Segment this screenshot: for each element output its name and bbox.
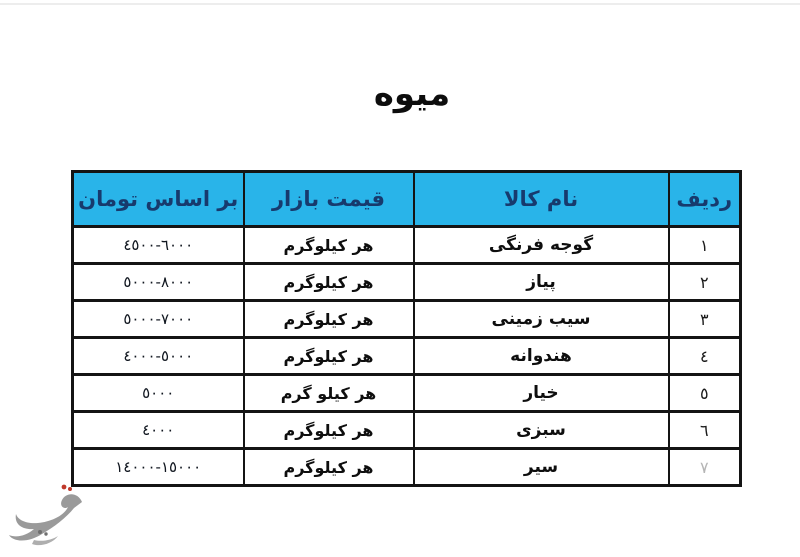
product-name-cell: خیار	[414, 375, 669, 412]
product-name-cell: سیر	[414, 449, 669, 486]
price-range-cell: ٥٠٠٠	[73, 375, 244, 412]
col-header-radif: ردیف	[669, 172, 741, 227]
product-name-cell: پیاز	[414, 264, 669, 301]
price-value: ٤٠٠٠-٥٠٠٠	[123, 347, 193, 365]
price-range-cell: ٤٥٠٠-٦٠٠٠	[73, 227, 244, 264]
fruit-price-table: ردیف نام کالا قیمت بازار بر اساس تومان ١…	[71, 170, 742, 487]
table-row: ٧سیرهر کیلوگرم١٤٠٠٠-١٥٠٠٠	[73, 449, 741, 486]
product-name-cell: سیب زمینی	[414, 301, 669, 338]
price-value: ٤٠٠٠	[142, 421, 174, 439]
col-header-product-name: نام کالا	[414, 172, 669, 227]
table-row: ٣سیب زمینیهر کیلوگرم٥٠٠٠-٧٠٠٠	[73, 301, 741, 338]
row-number-cell: ٥	[669, 375, 741, 412]
table-row: ٢پیازهر کیلوگرم٥٠٠٠-٨٠٠٠	[73, 264, 741, 301]
price-range-cell: ٤٠٠٠	[73, 412, 244, 449]
price-range-cell: ٤٠٠٠-٥٠٠٠	[73, 338, 244, 375]
unit-cell: هر کیلوگرم	[244, 227, 414, 264]
table-body: ١گوجه فرنگیهر کیلوگرم٤٥٠٠-٦٠٠٠٢پیازهر کی…	[73, 227, 741, 486]
table-header: ردیف نام کالا قیمت بازار بر اساس تومان	[73, 172, 741, 227]
unit-cell: هر کیلوگرم	[244, 412, 414, 449]
tasnim-logo-icon	[4, 480, 96, 554]
top-divider	[0, 3, 800, 5]
header-row: ردیف نام کالا قیمت بازار بر اساس تومان	[73, 172, 741, 227]
price-value: ١٤٠٠٠-١٥٠٠٠	[115, 458, 201, 476]
product-name-cell: سبزی	[414, 412, 669, 449]
unit-cell: هر کیلو گرم	[244, 375, 414, 412]
price-range-cell: ٥٠٠٠-٨٠٠٠	[73, 264, 244, 301]
table-row: ٦سبزیهر کیلوگرم٤٠٠٠	[73, 412, 741, 449]
row-number-cell: ١	[669, 227, 741, 264]
product-name-cell: هندوانه	[414, 338, 669, 375]
price-value: ٥٠٠٠-٧٠٠٠	[123, 310, 193, 328]
price-range-cell: ٥٠٠٠-٧٠٠٠	[73, 301, 244, 338]
price-value: ٤٥٠٠-٦٠٠٠	[123, 236, 193, 254]
unit-cell: هر کیلوگرم	[244, 301, 414, 338]
table-row: ١گوجه فرنگیهر کیلوگرم٤٥٠٠-٦٠٠٠	[73, 227, 741, 264]
col-header-toman-basis: بر اساس تومان	[73, 172, 244, 227]
unit-cell: هر کیلوگرم	[244, 264, 414, 301]
price-value: ٥٠٠٠	[142, 384, 174, 402]
page: میوه ردیف نام کالا قیمت بازار بر اساس تو…	[0, 0, 800, 557]
row-number-cell: ٢	[669, 264, 741, 301]
row-number-cell: ٧	[669, 449, 741, 486]
price-range-cell: ١٤٠٠٠-١٥٠٠٠	[73, 449, 244, 486]
row-number-cell: ٤	[669, 338, 741, 375]
product-name-cell: گوجه فرنگی	[414, 227, 669, 264]
page-title: میوه	[0, 74, 800, 114]
unit-cell: هر کیلوگرم	[244, 338, 414, 375]
table-row: ٤هندوانههر کیلوگرم٤٠٠٠-٥٠٠٠	[73, 338, 741, 375]
price-value: ٥٠٠٠-٨٠٠٠	[123, 273, 193, 291]
unit-cell: هر کیلوگرم	[244, 449, 414, 486]
row-number-cell: ٣	[669, 301, 741, 338]
table-row: ٥خیارهر کیلو گرم٥٠٠٠	[73, 375, 741, 412]
col-header-market-price: قیمت بازار	[244, 172, 414, 227]
row-number-cell: ٦	[669, 412, 741, 449]
